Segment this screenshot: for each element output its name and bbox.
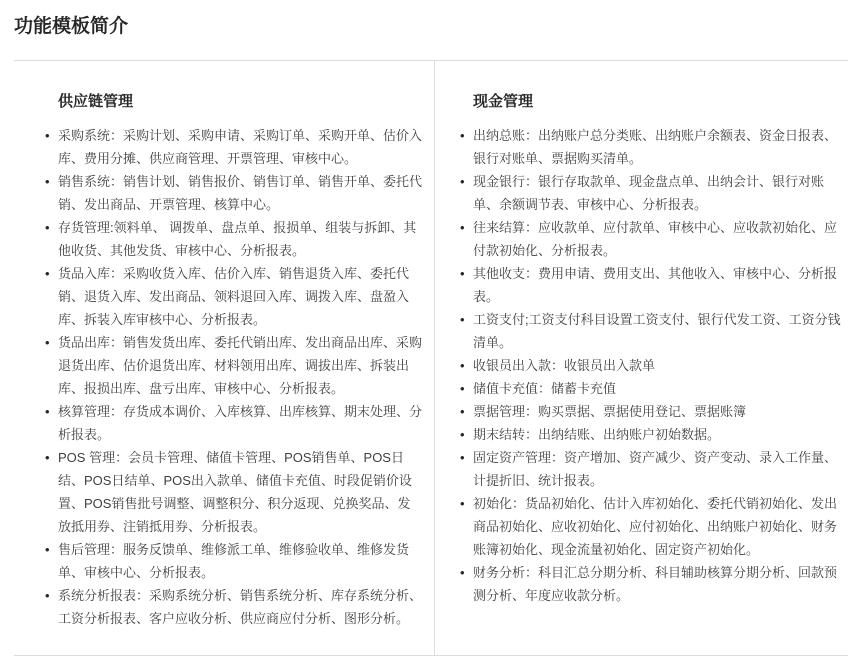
feature-item: 出纳总账：出纳账户总分类账、出纳账户余额表、资金日报表、银行对账单、票据购买清单… xyxy=(473,124,845,170)
feature-item: 售后管理：服务反馈单、维修派工单、维修验收单、维修发货单、审核中心、分析报表。 xyxy=(58,538,423,584)
feature-item: 收银员出入款：收银员出入款单 xyxy=(473,354,845,377)
section-header-cash-management: 现金管理 xyxy=(473,91,845,112)
content-panel: 供应链管理 采购系统：采购计划、采购申请、采购订单、采购开单、估价入库、费用分摊… xyxy=(14,60,848,656)
feature-item: 货品入库：采购收货入库、估价入库、销售退货入库、委托代销、退货入库、发出商品、领… xyxy=(58,262,423,331)
feature-item: POS 管理：会员卡管理、储值卡管理、POS销售单、POS日结、POS日结单、P… xyxy=(58,446,423,538)
feature-item: 现金银行：银行存取款单、现金盘点单、出纳会计、银行对账单、余额调节表、审核中心、… xyxy=(473,170,845,216)
feature-item: 票据管理：购买票据、票据使用登记、票据账簿 xyxy=(473,400,845,423)
feature-item: 期末结转：出纳结账、出纳账户初始数据。 xyxy=(473,423,845,446)
feature-item: 其他收支：费用申请、费用支出、其他收入、审核中心、分析报表。 xyxy=(473,262,845,308)
feature-item: 初始化：货品初始化、估计入库初始化、委托代销初始化、发出商品初始化、应收初始化、… xyxy=(473,492,845,561)
section-header-supply-chain: 供应链管理 xyxy=(58,91,423,112)
feature-item: 系统分析报表：采购系统分析、销售系统分析、库存系统分析、工资分析报表、客户应收分… xyxy=(58,584,423,630)
column-cash-management: 现金管理 出纳总账：出纳账户总分类账、出纳账户余额表、资金日报表、银行对账单、票… xyxy=(435,61,848,655)
feature-item: 往来结算：应收款单、应付款单、审核中心、应收款初始化、应付款初始化、分析报表。 xyxy=(473,216,845,262)
feature-item: 采购系统：采购计划、采购申请、采购订单、采购开单、估价入库、费用分摊、供应商管理… xyxy=(58,124,423,170)
feature-item: 财务分析：科目汇总分期分析、科目辅助核算分期分析、回款预测分析、年度应收款分析。 xyxy=(473,561,845,607)
feature-item: 存货管理:领料单、 调拨单、盘点单、报损单、组装与拆卸、其他收货、其他发货、审核… xyxy=(58,216,423,262)
feature-item: 货品出库：销售发货出库、委托代销出库、发出商品出库、采购退货出库、估价退货出库、… xyxy=(58,331,423,400)
page: 功能模板简介 供应链管理 采购系统：采购计划、采购申请、采购订单、采购开单、估价… xyxy=(0,0,862,656)
feature-item: 固定资产管理：资产增加、资产减少、资产变动、录入工作量、计提折旧、统计报表。 xyxy=(473,446,845,492)
page-title: 功能模板简介 xyxy=(14,0,848,40)
feature-item: 储值卡充值：储蓄卡充值 xyxy=(473,377,845,400)
feature-item: 销售系统：销售计划、销售报价、销售订单、销售开单、委托代销、发出商品、开票管理、… xyxy=(58,170,423,216)
feature-list-cash-management: 出纳总账：出纳账户总分类账、出纳账户余额表、资金日报表、银行对账单、票据购买清单… xyxy=(473,124,845,607)
column-supply-chain: 供应链管理 采购系统：采购计划、采购申请、采购订单、采购开单、估价入库、费用分摊… xyxy=(14,61,435,655)
feature-list-supply-chain: 采购系统：采购计划、采购申请、采购订单、采购开单、估价入库、费用分摊、供应商管理… xyxy=(58,124,423,630)
feature-item: 核算管理：存货成本调价、入库核算、出库核算、期末处理、分析报表。 xyxy=(58,400,423,446)
feature-item: 工资支付;工资支付科目设置工资支付、银行代发工资、工资分钱清单。 xyxy=(473,308,845,354)
